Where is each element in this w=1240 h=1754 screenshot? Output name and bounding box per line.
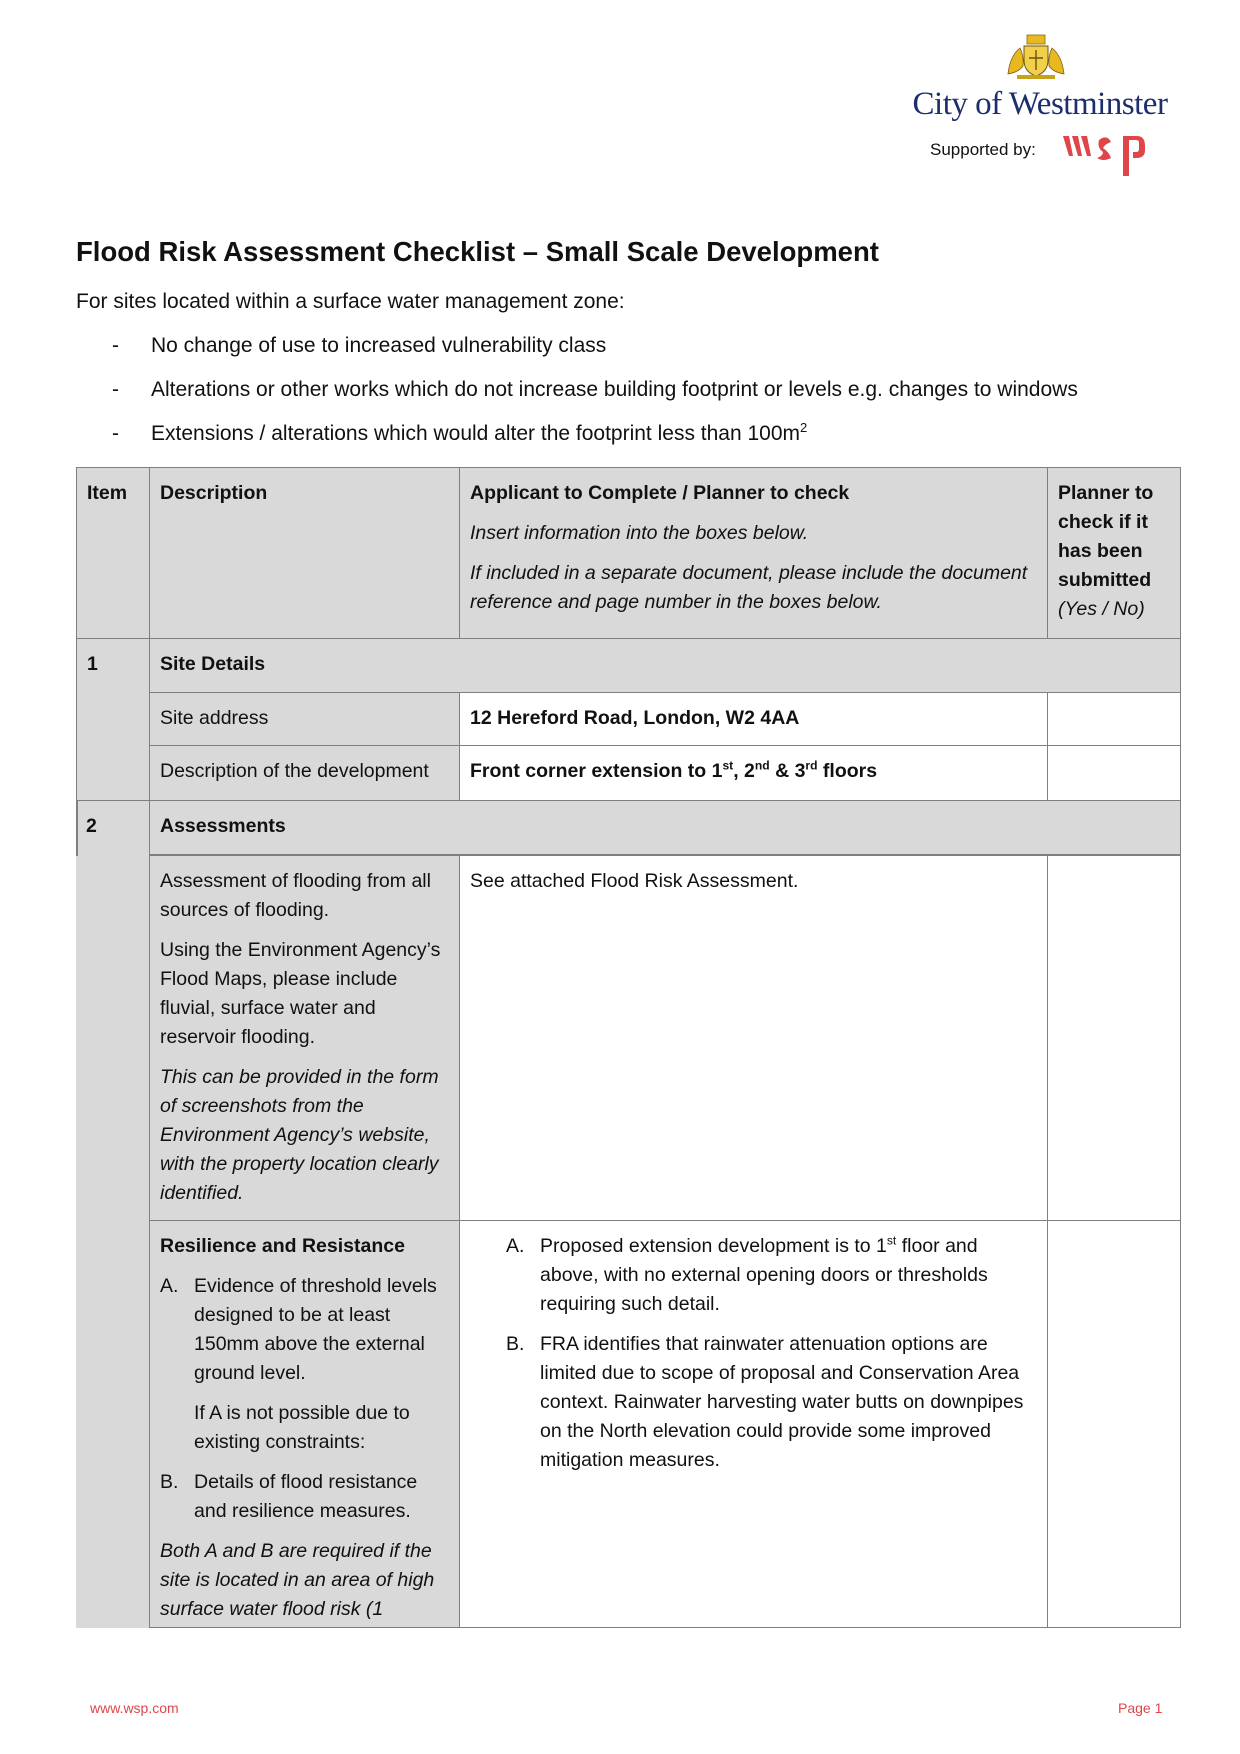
row-label-resilience-resistance: Resilience and Resistance A.Evidence of …	[149, 1220, 460, 1628]
site-address-value[interactable]: 12 Hereford Road, London, W2 4AA	[459, 692, 1048, 746]
development-description-value[interactable]: Front corner extension to 1st, 2nd & 3rd…	[459, 745, 1048, 801]
response-item: A.Proposed extension development is to 1…	[506, 1232, 1027, 1319]
row-label-flood-assessment: Assessment of flooding from all sources …	[149, 855, 460, 1221]
requirement-item: A.Evidence of threshold levels designed …	[160, 1272, 449, 1457]
checklist-table: Item Description Applicant to Complete /…	[76, 467, 1181, 1628]
flood-assessment-response[interactable]: See attached Flood Risk Assessment.	[459, 855, 1048, 1221]
footer-website[interactable]: www.wsp.com	[90, 1700, 179, 1716]
section-title: Assessments	[149, 800, 1181, 856]
response-item: B.FRA identifies that rainwater attenuat…	[506, 1330, 1027, 1475]
header-description: Description	[149, 467, 460, 639]
header-item: Item	[76, 467, 150, 639]
dash-bullet-icon: -	[112, 422, 119, 446]
response-list: A.Proposed extension development is to 1…	[506, 1232, 1027, 1475]
criteria-item: -No change of use to increased vulnerabi…	[76, 334, 1078, 378]
planner-check-resilience-resistance[interactable]	[1047, 1220, 1181, 1628]
dash-bullet-icon: -	[112, 334, 119, 358]
row-label-site-address: Site address	[149, 692, 460, 746]
planner-check-flood-assessment[interactable]	[1047, 855, 1181, 1221]
requirement-item: B.Details of flood resistance and resili…	[160, 1468, 449, 1526]
intro-text: For sites located within a surface water…	[76, 290, 625, 314]
cell-border	[76, 800, 78, 856]
row-label-development-description: Description of the development	[149, 745, 460, 801]
wsp-logo-icon	[1063, 134, 1153, 178]
resilience-resistance-response[interactable]: A.Proposed extension development is to 1…	[459, 1220, 1048, 1628]
supported-by-label: Supported by:	[930, 140, 1036, 160]
criteria-item: -Alterations or other works which do not…	[76, 378, 1078, 422]
criteria-item: -Extensions / alterations which would al…	[76, 422, 1078, 466]
header-applicant: Applicant to Complete / Planner to check…	[459, 467, 1048, 639]
dash-bullet-icon: -	[112, 378, 119, 402]
planner-check-site-address[interactable]	[1047, 692, 1181, 746]
document-title: Flood Risk Assessment Checklist – Small …	[76, 236, 879, 268]
city-of-westminster-crest-icon	[1005, 34, 1067, 80]
header-logo-block: City of Westminster Supported by:	[905, 30, 1165, 180]
section-title: Site Details	[149, 638, 1181, 693]
footer-page-number: Page 1	[1118, 1700, 1162, 1716]
organization-name: City of Westminster	[910, 86, 1170, 123]
criteria-list: -No change of use to increased vulnerabi…	[76, 334, 1078, 466]
section-number: 2	[76, 800, 150, 1628]
section-number: 1	[76, 638, 150, 800]
requirement-list: A.Evidence of threshold levels designed …	[160, 1272, 449, 1526]
planner-check-development-description[interactable]	[1047, 745, 1181, 801]
header-planner-check: Planner to check if it has been submitte…	[1047, 467, 1181, 639]
